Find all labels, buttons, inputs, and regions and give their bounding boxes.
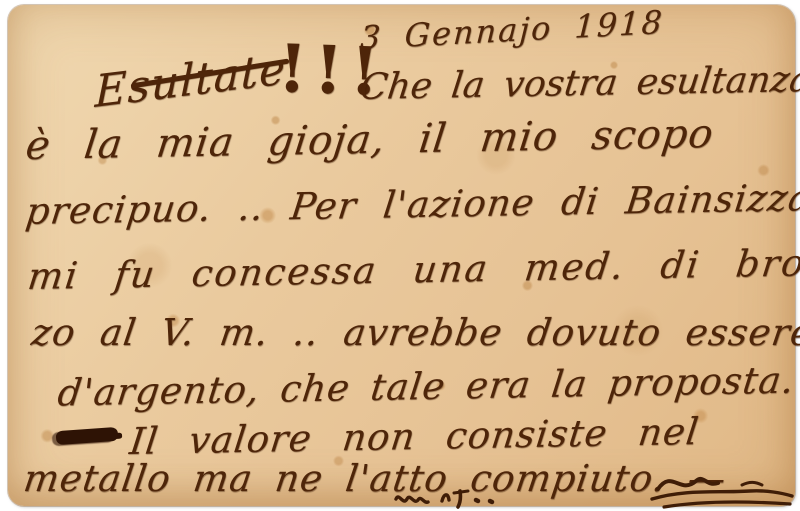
ink-blot-dash <box>56 427 119 445</box>
date-line: 3 Gennajo 1918 <box>359 3 665 57</box>
handwriting-line: zo al V. m. .. avrebbe dovuto essere <box>29 311 800 354</box>
illegible-scribble <box>390 485 530 511</box>
signature-flourish <box>646 465 798 511</box>
opening-word: Esultate <box>94 43 286 118</box>
handwriting-line: metallo ma ne l'atto compiuto. — <box>21 457 729 500</box>
handwriting-line: precipuo. .. Per l'azione di Bainsizza <box>23 176 800 233</box>
handwriting-line: è la mia gioja, il mio scopo <box>23 111 716 169</box>
handwriting-line: mi fu concessa una med. di bron <box>25 241 800 298</box>
postcard: 3 Gennajo 1918 Esultate !!! Che la vostr… <box>8 5 795 506</box>
handwriting-line: Il valore non consiste nel <box>127 410 701 463</box>
handwriting-line: Che la vostra esultanza <box>358 59 800 108</box>
handwriting-line: d'argento, che tale era la proposta. <box>55 359 797 415</box>
